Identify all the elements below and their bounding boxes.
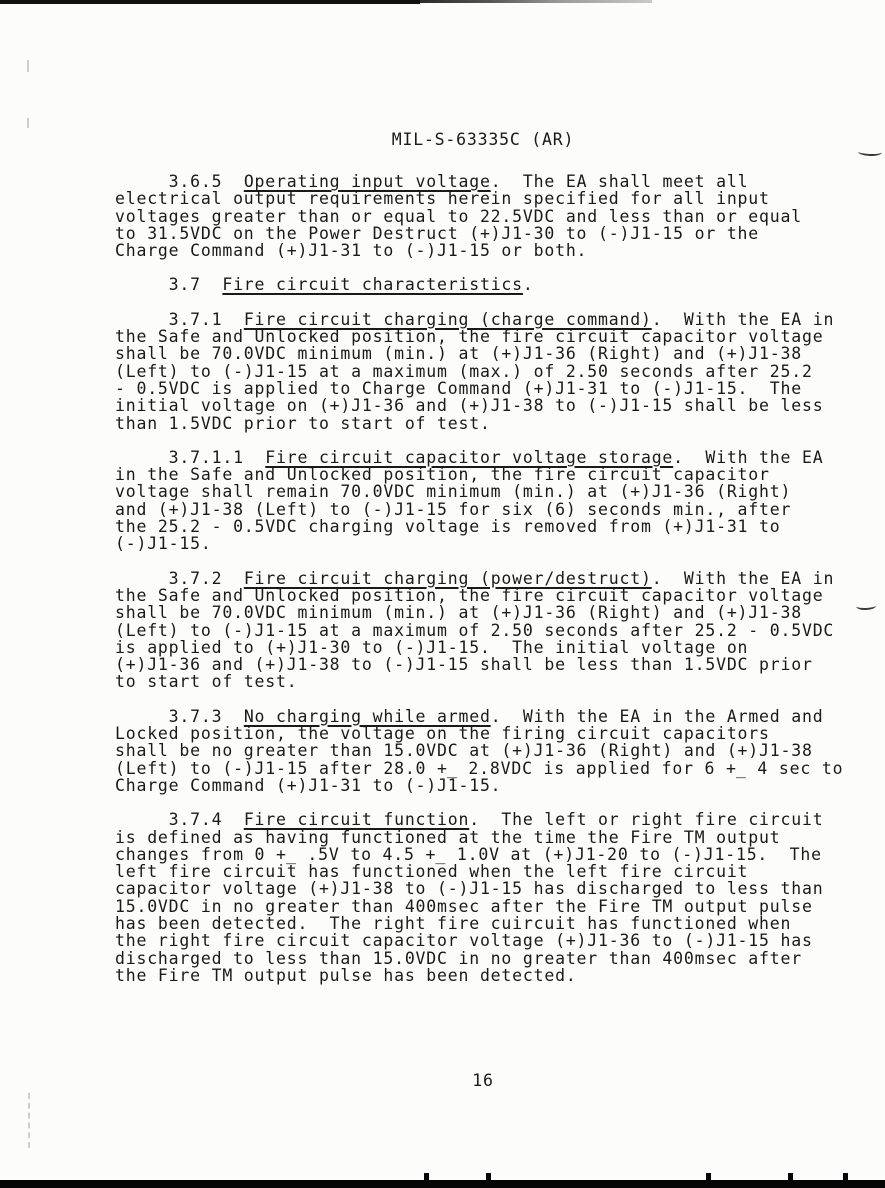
text-line: Locked position, the voltage on the firi…	[115, 725, 851, 742]
text-line: (+)J1-36 and (+)J1-38 to (-)J1-15 shall …	[115, 656, 851, 673]
section-number: 3.7.4	[115, 810, 244, 829]
section-title: No charging while armed	[244, 707, 491, 726]
section-number: 3.6.5	[115, 172, 244, 191]
paragraph-body: electrical output requirements herein sp…	[115, 190, 851, 259]
page-content: MIL-S-63335C (AR) 3.6.5 Operating input …	[115, 131, 851, 1001]
text-line: shall be 70.0VDC minimum (min.) at (+)J1…	[115, 604, 851, 621]
text-line: Charge Command (+)J1-31 to (-)J1-15 or b…	[115, 242, 851, 259]
text-line: to start of test.	[115, 673, 851, 690]
paragraph-3-7-3: 3.7.3 No charging while armed. With the …	[115, 708, 851, 794]
section-number: 3.7.3	[115, 707, 244, 726]
text-line: capacitor voltage (+)J1-38 to (-)J1-15 h…	[115, 880, 851, 897]
text-line: shall be 70.0VDC minimum (min.) at (+)J1…	[115, 345, 851, 362]
scan-artifact-top-bar-fade	[420, 0, 652, 3]
text-line: the Safe and Unlocked position, the fire…	[115, 587, 851, 604]
section-title: Fire circuit characteristics	[222, 275, 523, 294]
text-line: left fire circuit has functioned when th…	[115, 863, 851, 880]
text-line: the right fire circuit capacitor voltage…	[115, 932, 851, 949]
text-line: (Left) to (-)J1-15 at a maximum of 2.50 …	[115, 622, 851, 639]
text-line: the Fire TM output pulse has been detect…	[115, 967, 851, 984]
text-line: than 1.5VDC prior to start of test.	[115, 415, 851, 432]
scan-artifact-left-mark	[27, 60, 29, 72]
section-heading-line: 3.7 Fire circuit characteristics.	[115, 276, 851, 293]
paragraph-body: Locked position, the voltage on the firi…	[115, 725, 851, 794]
section-title: Fire circuit function	[244, 810, 469, 829]
section-heading-line: 3.7.3 No charging while armed. With the …	[115, 708, 851, 725]
text-line: to 31.5VDC on the Power Destruct (+)J1-3…	[115, 225, 851, 242]
heading-line-rest: .	[523, 275, 534, 294]
section-number: 3.7.1	[115, 310, 244, 329]
text-line: - 0.5VDC is applied to Charge Command (+…	[115, 380, 851, 397]
paragraph-body: is defined as having functioned at the t…	[115, 829, 851, 985]
text-line: voltage shall remain 70.0VDC minimum (mi…	[115, 483, 851, 500]
paragraph-body: the Safe and Unlocked position, the fire…	[115, 328, 851, 432]
text-line: voltages greater than or equal to 22.5VD…	[115, 208, 851, 225]
heading-line-rest: . With the EA	[673, 448, 823, 467]
section-heading-line: 3.7.1.1 Fire circuit capacitor voltage s…	[115, 449, 851, 466]
section-title: Fire circuit charging (power/destruct)	[244, 569, 652, 588]
section-title: Operating input voltage	[244, 172, 491, 191]
text-line: changes from 0 +̲ .5V to 4.5 +̲ 1.0V at …	[115, 846, 851, 863]
scan-artifact-tick	[843, 1173, 848, 1180]
scan-artifact-tick	[424, 1173, 429, 1180]
text-line: and (+)J1-38 (Left) to (-)J1-15 for six …	[115, 501, 851, 518]
heading-line-rest: . With the EA in	[652, 569, 834, 588]
text-line: discharged to less than 15.0VDC in no gr…	[115, 950, 851, 967]
text-line: in the Safe and Unlocked position, the f…	[115, 466, 851, 483]
scan-artifact-tick	[706, 1173, 711, 1180]
section-heading-line: 3.6.5 Operating input voltage. The EA sh…	[115, 173, 851, 190]
section-number: 3.7.2	[115, 569, 244, 588]
paragraph-3-7-2: 3.7.2 Fire circuit charging (power/destr…	[115, 570, 851, 691]
text-line: initial voltage on (+)J1-36 and (+)J1-38…	[115, 397, 851, 414]
section-heading-line: 3.7.4 Fire circuit function. The left or…	[115, 811, 851, 828]
text-line: the 25.2 - 0.5VDC charging voltage is re…	[115, 518, 851, 535]
text-line: is applied to (+)J1-30 to (-)J1-15. The …	[115, 639, 851, 656]
text-line: (Left) to (-)J1-15 at a maximum (max.) o…	[115, 363, 851, 380]
paragraph-3-7: 3.7 Fire circuit characteristics.	[115, 276, 851, 293]
paragraph-3-7-4: 3.7.4 Fire circuit function. The left or…	[115, 811, 851, 984]
text-line: shall be no greater than 15.0VDC at (+)J…	[115, 742, 851, 759]
scan-artifact-left-mark	[28, 1093, 30, 1148]
heading-line-rest: . With the EA in	[652, 310, 834, 329]
text-line: the Safe and Unlocked position, the fire…	[115, 328, 851, 345]
paragraph-body: the Safe and Unlocked position, the fire…	[115, 587, 851, 691]
scan-artifact-margin-dash	[858, 148, 882, 157]
section-heading-line: 3.7.1 Fire circuit charging (charge comm…	[115, 311, 851, 328]
paragraph-3-7-1: 3.7.1 Fire circuit charging (charge comm…	[115, 311, 851, 432]
section-number: 3.7.1.1	[115, 448, 265, 467]
heading-line-rest: . The EA shall meet all	[491, 172, 749, 191]
paragraph-3-7-1-1: 3.7.1.1 Fire circuit capacitor voltage s…	[115, 449, 851, 553]
page-number: 16	[115, 1071, 851, 1090]
paragraph-3-6-5: 3.6.5 Operating input voltage. The EA sh…	[115, 173, 851, 259]
text-line: (-)J1-15.	[115, 535, 851, 552]
scan-artifact-left-mark	[27, 118, 29, 128]
scan-artifact-top-bar	[0, 0, 420, 4]
text-line: has been detected. The right fire cuircu…	[115, 915, 851, 932]
scan-artifact-margin-dash	[856, 602, 876, 611]
document-page: MIL-S-63335C (AR) 3.6.5 Operating input …	[0, 0, 885, 1188]
scan-artifact-tick	[788, 1173, 793, 1180]
heading-line-rest: . With the EA in the Armed and	[491, 707, 824, 726]
text-line: electrical output requirements herein sp…	[115, 190, 851, 207]
scan-artifact-tick	[486, 1173, 491, 1180]
paragraph-body: in the Safe and Unlocked position, the f…	[115, 466, 851, 552]
text-line: Charge Command (+)J1-31 to (-)J1-15.	[115, 777, 851, 794]
text-line: (Left) to (-)J1-15 after 28.0 +̲ 2.8VDC …	[115, 760, 851, 777]
text-line: 15.0VDC in no greater than 400msec after…	[115, 898, 851, 915]
document-id-header: MIL-S-63335C (AR)	[115, 131, 851, 149]
section-title: Fire circuit charging (charge command)	[244, 310, 652, 329]
scan-artifact-bottom-bar	[0, 1180, 885, 1188]
text-line: is defined as having functioned at the t…	[115, 829, 851, 846]
section-number: 3.7	[115, 275, 222, 294]
section-heading-line: 3.7.2 Fire circuit charging (power/destr…	[115, 570, 851, 587]
section-title: Fire circuit capacitor voltage storage	[265, 448, 673, 467]
heading-line-rest: . The left or right fire circuit	[469, 810, 823, 829]
